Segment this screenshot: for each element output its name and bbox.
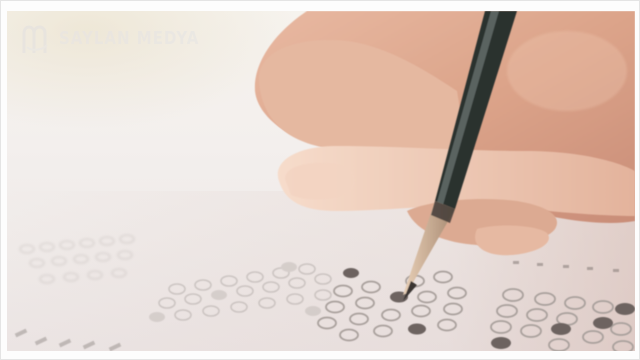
sm-monogram-icon bbox=[21, 21, 53, 55]
watermark-text: SAYLAN MEDYA bbox=[59, 27, 199, 49]
answer-bubbles-left bbox=[20, 235, 134, 283]
image-frame: SAYLAN MEDYA bbox=[0, 0, 640, 360]
photo-illustration bbox=[7, 11, 635, 351]
answer-bubbles-middle bbox=[149, 262, 331, 322]
thumbnail bbox=[285, 163, 354, 200]
watermark: SAYLAN MEDYA bbox=[21, 21, 199, 55]
answer-bubbles-right bbox=[318, 261, 635, 351]
photo: SAYLAN MEDYA bbox=[7, 11, 635, 351]
answer-sheet-marks bbox=[15, 329, 122, 351]
